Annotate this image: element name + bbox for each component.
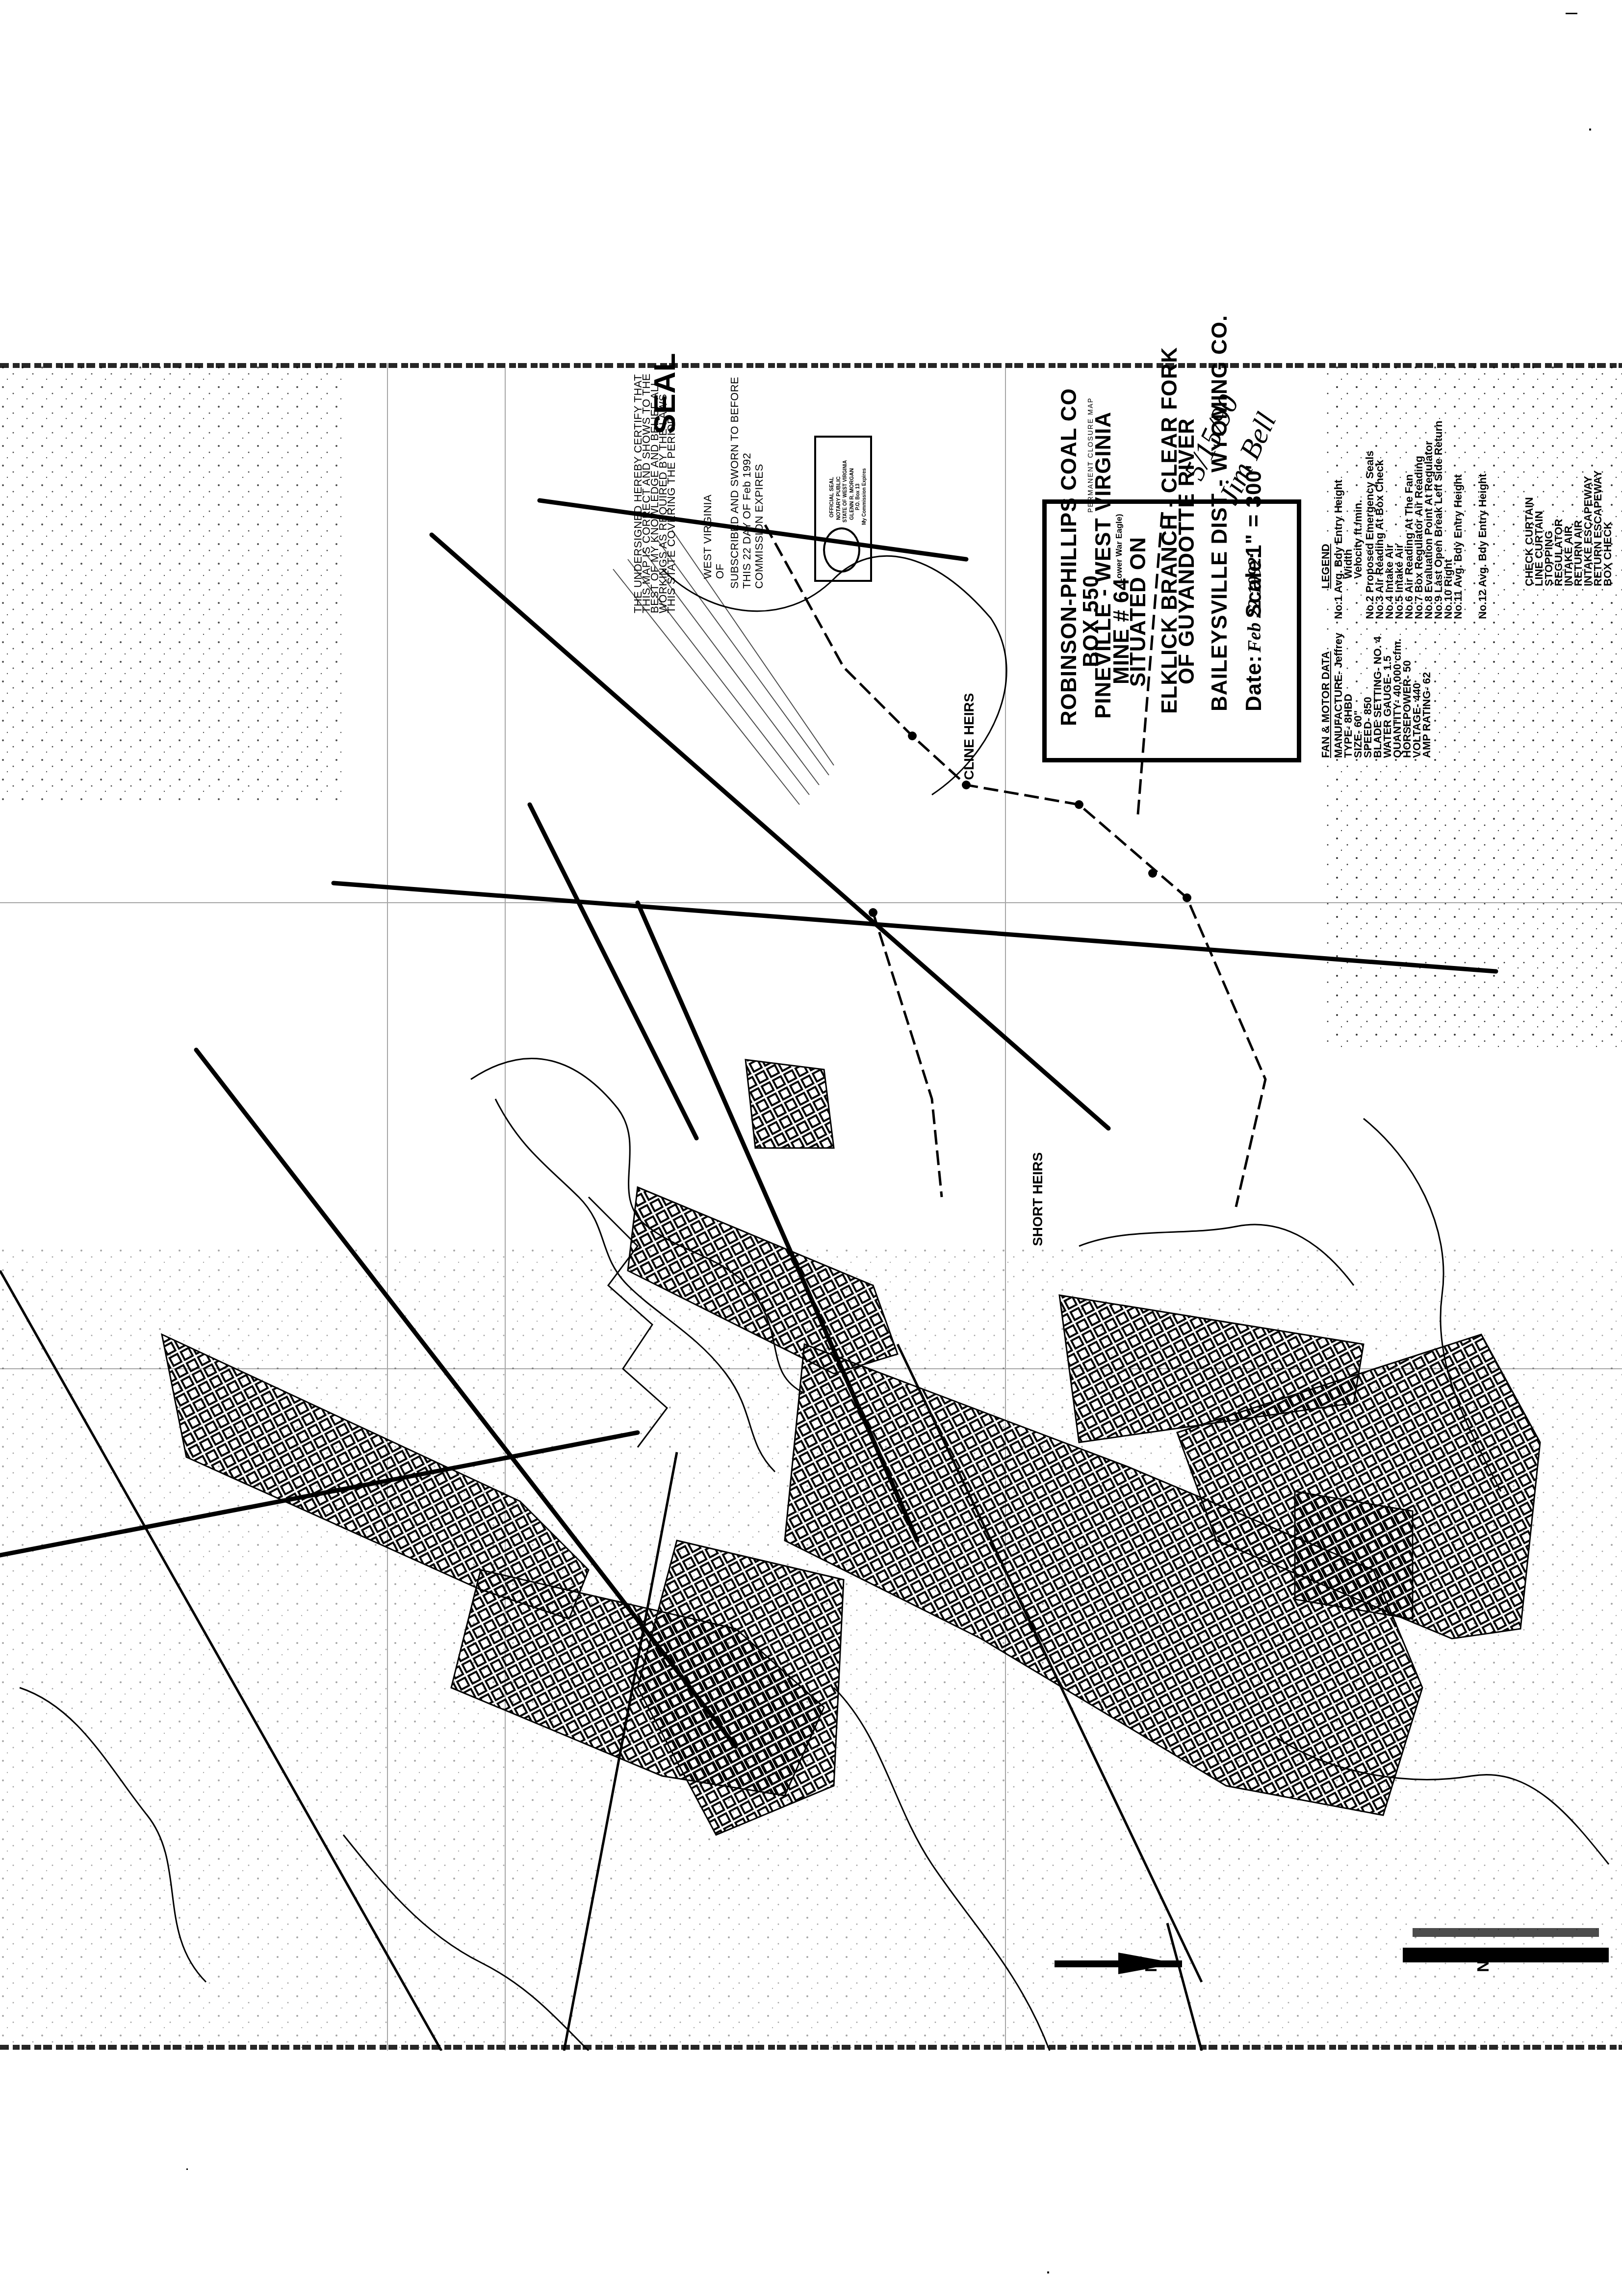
- closure-map-header: PERMANENT CLOSURE MAP: [1086, 397, 1094, 513]
- mine-note: (Lower War Eagle): [1114, 514, 1124, 586]
- notary-line-3: STATE OF WEST VIRGINIA: [843, 460, 848, 522]
- stray-dot: [1047, 2271, 1049, 2273]
- legend-item-12: No.12 Avg. Bdy Entry Height: [1476, 473, 1489, 619]
- stray-dot: [186, 2168, 188, 2170]
- notary-line-2: NOTARY PUBLIC: [836, 476, 842, 520]
- property-label-cline-heirs: CLINE HEIRS: [961, 693, 977, 780]
- seal-stamp-icon: [823, 527, 860, 573]
- cert-subscribed: SUBSCRIBED AND SWORN TO BEFORE: [728, 377, 741, 589]
- legend-item-1-velocity: Velocity ft./min.: [1352, 500, 1365, 579]
- cert-commission: COMMISSION EXPIRES: [753, 464, 766, 589]
- date-label: Date:: [1242, 655, 1266, 711]
- scale-label: Scale:: [1242, 551, 1266, 618]
- company-name: ROBINSON-PHILLIPS COAL CO: [1057, 388, 1081, 726]
- legend-heading: LEGEND: [1319, 544, 1332, 589]
- district: BAILEYSVILLE DIST - WYOMING CO.: [1208, 315, 1232, 711]
- corner-mark: [1566, 13, 1577, 14]
- cert-line-5: THIS STATE COVERING THE PERIOD: [665, 416, 678, 614]
- north-arrow-label-2: N: [1474, 1960, 1493, 1972]
- property-label-short-heirs: SHORT HEIRS: [1030, 1152, 1046, 1246]
- cert-state: WEST VIRGINIA: [701, 495, 714, 579]
- legend-symbol-box-check: BOX CHECK: [1601, 522, 1614, 586]
- notary-line-5: P.O. Box 13: [855, 484, 861, 510]
- stray-dot: [1589, 129, 1591, 130]
- cert-county: OF: [714, 563, 726, 579]
- legend-item-11: No.11 Avg. Bdy Entry Height: [1452, 474, 1465, 619]
- fan-data-amp: AMP RATING- 62: [1420, 672, 1433, 758]
- notary-line-1: OFFICIAL SEAL: [829, 477, 835, 518]
- cert-day-of: THIS 22 DAY OF Feb 1992: [741, 453, 753, 589]
- north-arrow-label: N: [1142, 1960, 1161, 1972]
- situated-on: SITUATED ON: [1126, 537, 1151, 687]
- fan-motor-heading: FAN & MOTOR DATA: [1319, 651, 1332, 758]
- notary-line-6: My Commission Expires: [862, 468, 867, 525]
- notary-line-4: GLENN R. MORGAN: [849, 468, 855, 520]
